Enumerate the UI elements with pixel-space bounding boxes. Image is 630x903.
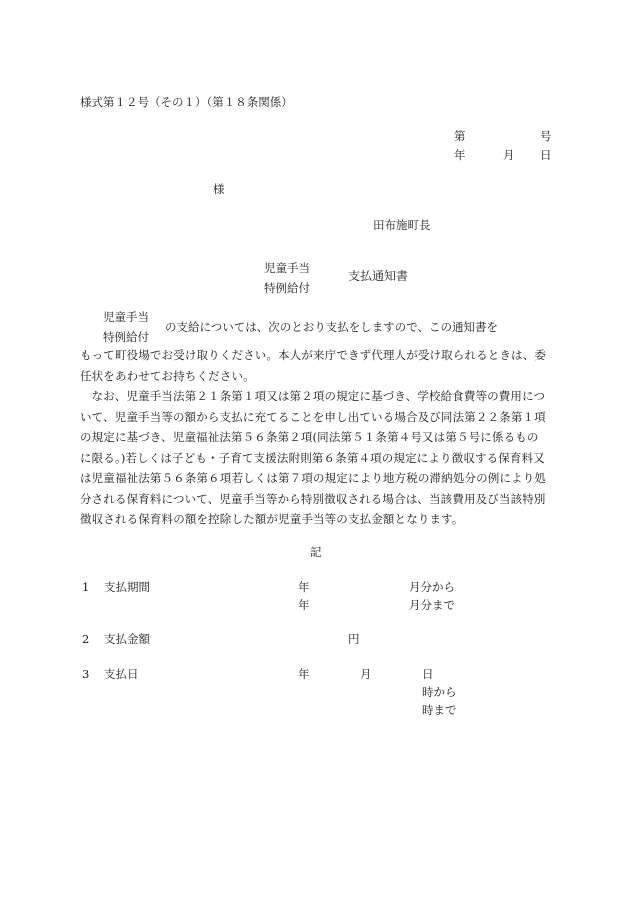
- item-2-label: 支払金額: [104, 634, 150, 646]
- date-day-label: 日: [540, 150, 552, 162]
- ki-label: 記: [310, 547, 322, 559]
- title-benefit-line1: 児童手当: [264, 258, 324, 278]
- date-year-label: 年: [454, 150, 466, 162]
- title-benefit-line2: 特例給付: [264, 278, 324, 298]
- item-3-number: 3: [82, 669, 89, 681]
- item-1-row1-year: 年: [298, 582, 310, 594]
- intro-benefit-line2: 特例給付: [103, 327, 163, 347]
- document-title: 支払通知書: [348, 270, 408, 282]
- item-3-month: 月: [360, 669, 372, 681]
- reference-number-suffix: 号: [540, 131, 552, 143]
- addressee-suffix: 様: [213, 184, 225, 196]
- item-3-day: 日: [422, 669, 434, 681]
- item-1-number: 1: [82, 582, 89, 594]
- item-1-row1-month: 月分から: [409, 582, 455, 594]
- item-1-row2-month: 月分まで: [409, 600, 455, 612]
- item-3-time-to: 時まで: [422, 705, 457, 717]
- intro-benefit-line1: 児童手当: [103, 307, 163, 327]
- body-paragraph-2: なお、児童手当法第２１条第１項又は第２項の規定に基づき、学校給食費等の費用につい…: [80, 386, 550, 530]
- item-3-time-from: 時から: [422, 687, 457, 699]
- item-3-year: 年: [298, 669, 310, 681]
- item-2-unit: 円: [348, 634, 360, 646]
- item-3-label: 支払日: [104, 669, 139, 681]
- item-1-label: 支払期間: [104, 582, 150, 594]
- body-text: もって町役場でお受け取りください。本人が来庁できず代理人が受け取られるときは、委…: [80, 345, 550, 530]
- issuer-name: 田布施町長: [373, 220, 431, 232]
- intro-benefit-type: 児童手当 特例給付: [103, 307, 163, 347]
- title-benefit-type: 児童手当 特例給付: [264, 258, 324, 298]
- body-paragraph-1: もって町役場でお受け取りください。本人が来庁できず代理人が受け取られるときは、委…: [80, 345, 550, 386]
- reference-number-prefix: 第: [454, 131, 466, 143]
- date-month-label: 月: [503, 150, 515, 162]
- intro-text: の支給については、次のとおり支払をしますので、この通知書を: [165, 322, 498, 334]
- item-1-row2-year: 年: [298, 600, 310, 612]
- form-header: 様式第１２号（その１）（第１８条関係）: [80, 97, 293, 109]
- item-2-number: 2: [82, 634, 89, 646]
